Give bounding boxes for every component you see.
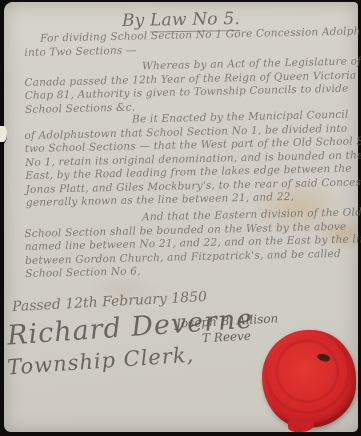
seal-speck [316,352,331,363]
enacted-paragraph: Be it Enacted by the Municipal Councilof… [24,108,358,210]
eastern-division-paragraph: And that the Eastern division of the Old… [24,206,357,281]
wax-seal [262,330,356,428]
reeve-title: T Reeve [202,329,252,346]
title-prefix: By [122,11,150,31]
paper-tear-mark [0,126,7,142]
document-photo: By Law No 5. For dividing School Section… [0,0,361,436]
whereas-paragraph: Whereas by an Act of the Legislature ofC… [24,55,357,117]
seal-drip [288,418,314,432]
document-paper: By Law No 5. For dividing School Section… [4,2,358,432]
